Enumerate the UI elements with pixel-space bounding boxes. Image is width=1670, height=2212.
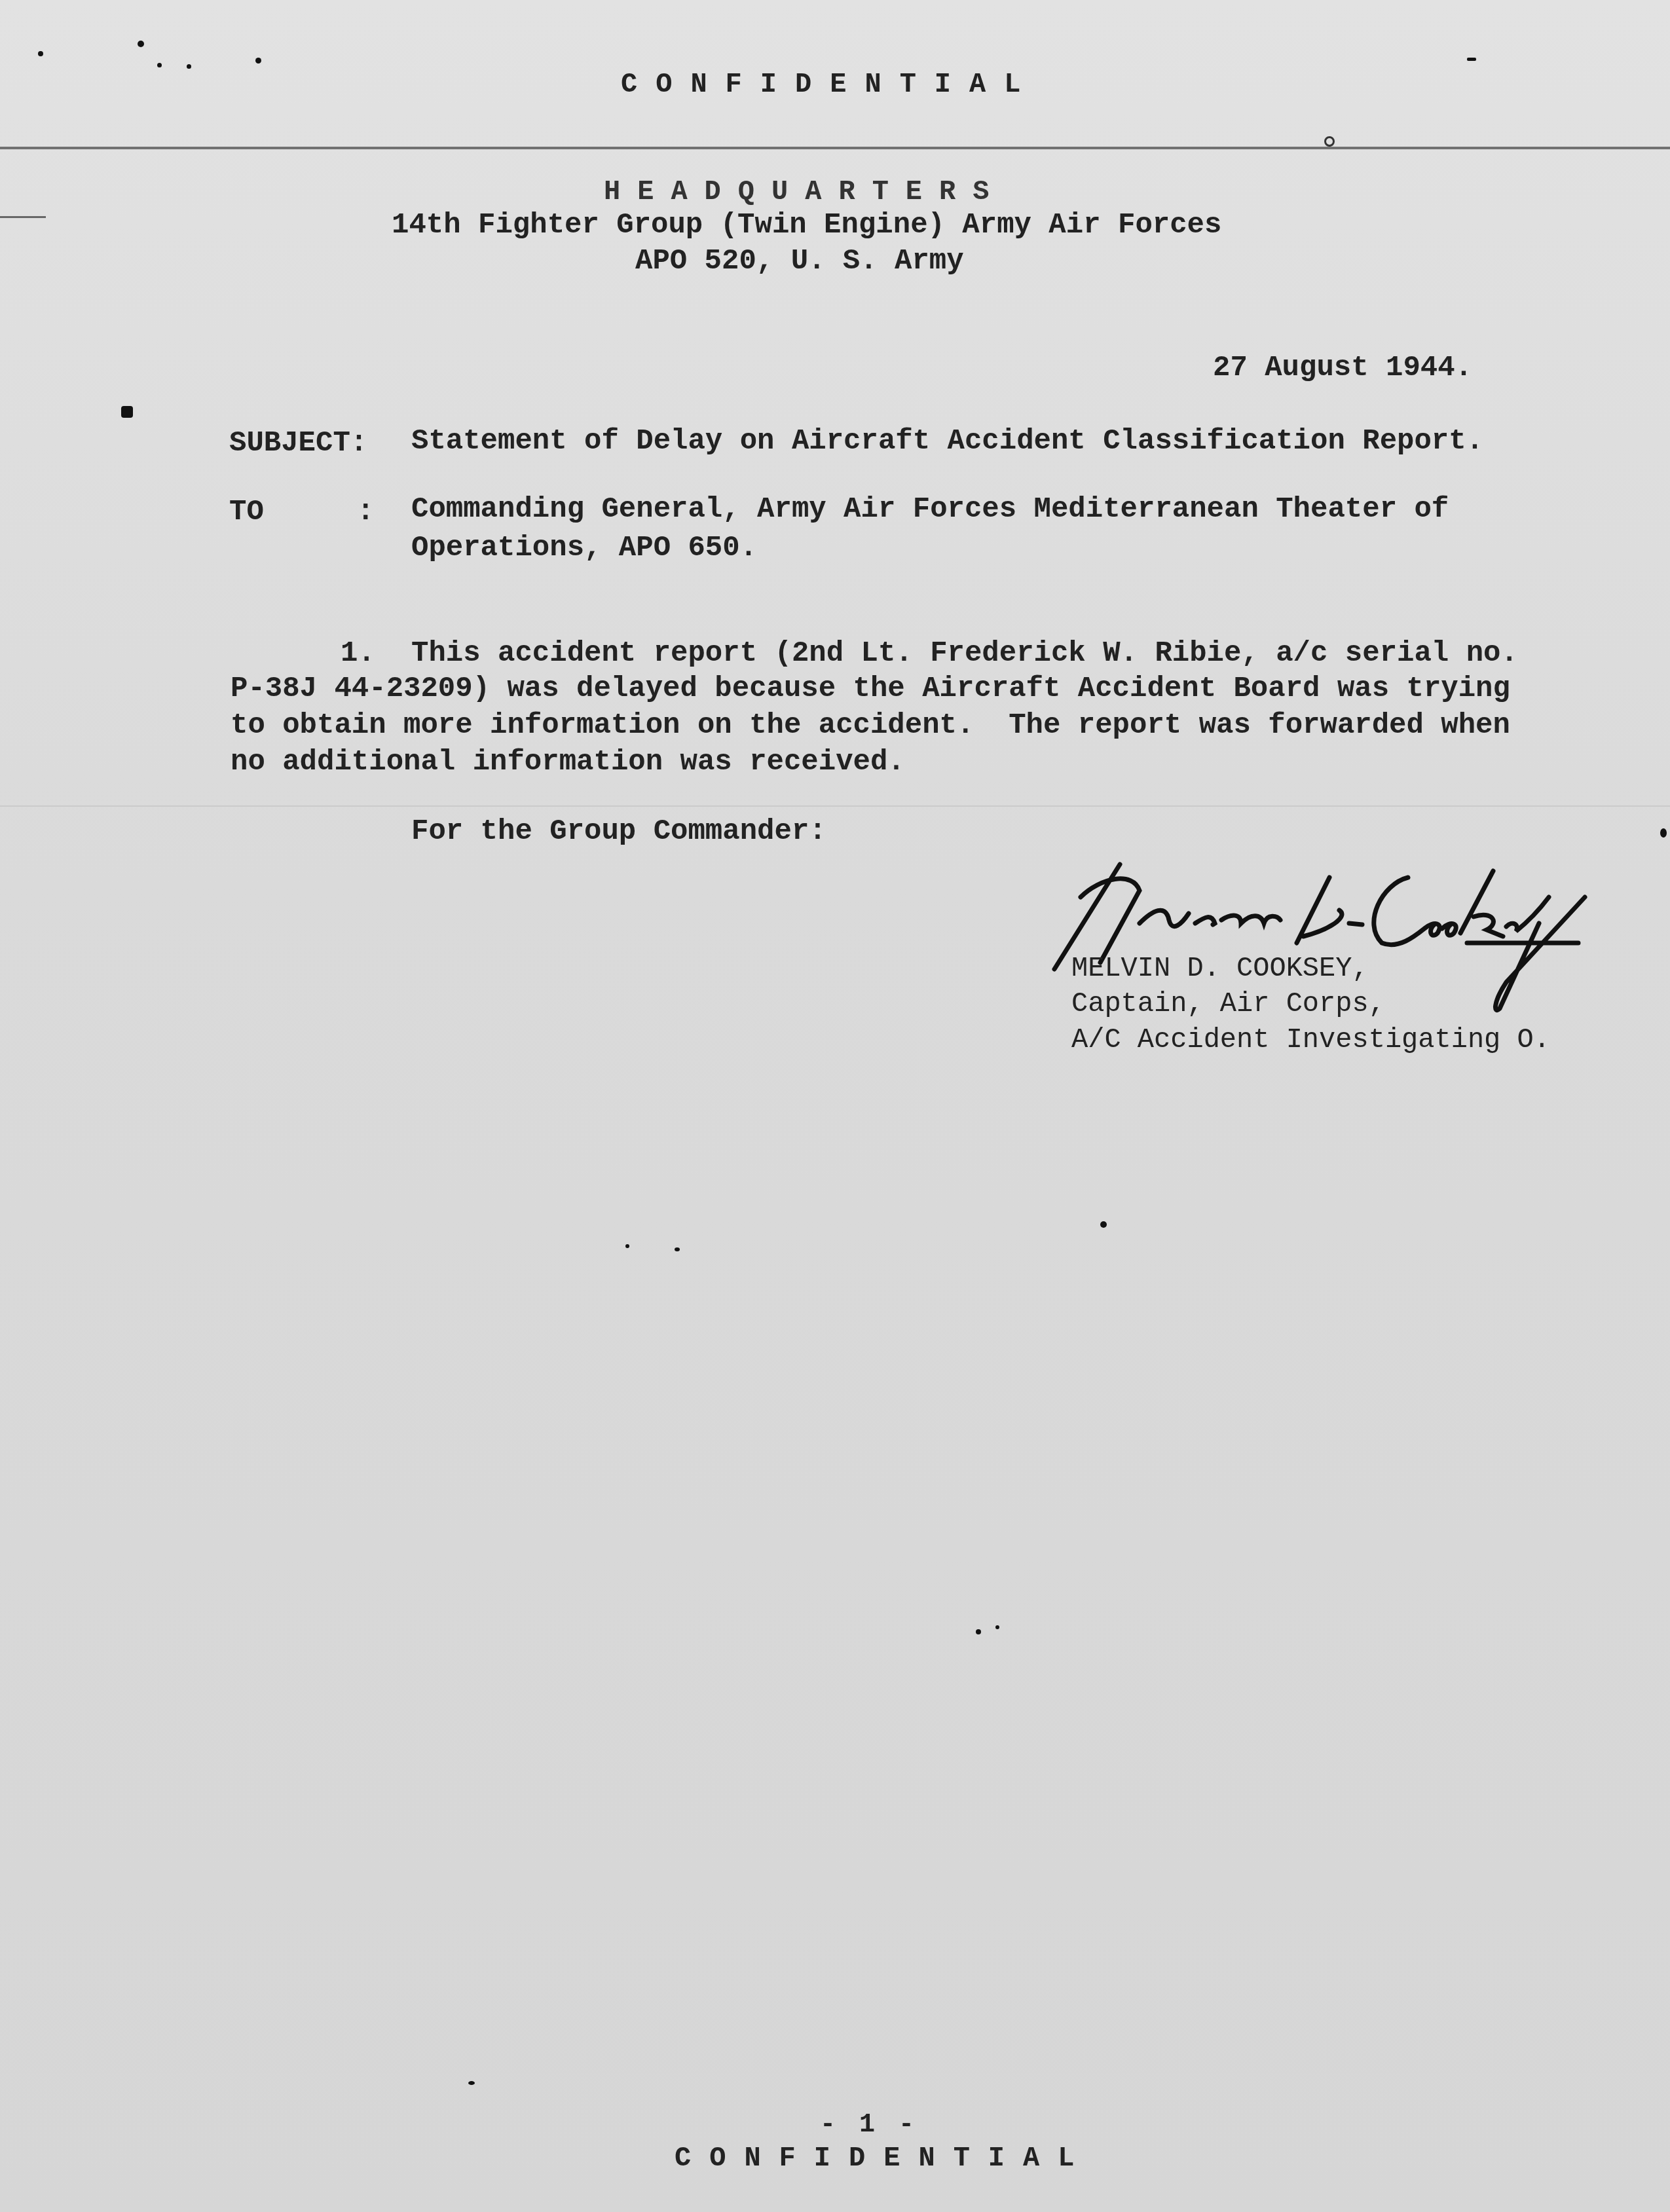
letterhead-unit: 14th Fighter Group (Twin Engine) Army Ai… — [392, 211, 1221, 240]
to-line-1: Commanding General, Army Air Forces Medi… — [411, 495, 1449, 524]
subject-text: Statement of Delay on Aircraft Accident … — [411, 427, 1483, 456]
scan-speck — [121, 406, 133, 418]
signer-position: A/C Accident Investigating O. — [1071, 1026, 1550, 1054]
scan-speck — [625, 1244, 629, 1248]
letterhead-address: APO 520, U. S. Army — [635, 247, 964, 276]
scan-speck — [995, 1625, 999, 1629]
subject-label: SUBJECT: — [229, 429, 367, 458]
document-page: CONFIDENTIAL HEADQUARTERS 14th Fighter G… — [0, 0, 1670, 2212]
scan-speck — [157, 63, 162, 67]
scan-line — [0, 805, 1670, 807]
header-rule — [0, 147, 1670, 149]
scan-speck — [1324, 136, 1335, 147]
body-line-1: This accident report (2nd Lt. Frederick … — [411, 639, 1518, 668]
to-colon: : — [357, 498, 374, 526]
scan-mark — [0, 216, 46, 218]
letter-date: 27 August 1944. — [1213, 354, 1472, 382]
scan-speck — [187, 64, 191, 69]
scan-speck — [138, 41, 144, 47]
to-label: TO — [229, 498, 264, 526]
scan-speck — [1467, 58, 1476, 61]
paragraph-number: 1. — [341, 639, 375, 668]
body-line-3: to obtain more information on the accide… — [231, 711, 1510, 740]
scan-speck — [468, 2081, 475, 2085]
scan-speck — [675, 1247, 680, 1251]
to-line-2: Operations, APO 650. — [411, 534, 757, 562]
scan-speck — [1660, 828, 1667, 838]
scan-speck — [38, 51, 43, 56]
classification-top: CONFIDENTIAL — [621, 71, 1039, 98]
body-line-2: P-38J 44-23209) was delayed because the … — [231, 674, 1510, 703]
body-line-4: no additional information was received. — [231, 748, 905, 777]
signer-rank: Captain, Air Corps, — [1071, 990, 1385, 1018]
page-number: - 1 - — [820, 2112, 918, 2139]
scan-speck — [1100, 1221, 1107, 1228]
scan-speck — [976, 1629, 981, 1634]
letterhead-title: HEADQUARTERS — [604, 178, 1006, 206]
closing-line: For the Group Commander: — [411, 817, 826, 846]
signer-name: MELVIN D. COOKSEY, — [1071, 955, 1369, 982]
classification-bottom: CONFIDENTIAL — [675, 2145, 1092, 2172]
scan-speck — [255, 58, 261, 64]
